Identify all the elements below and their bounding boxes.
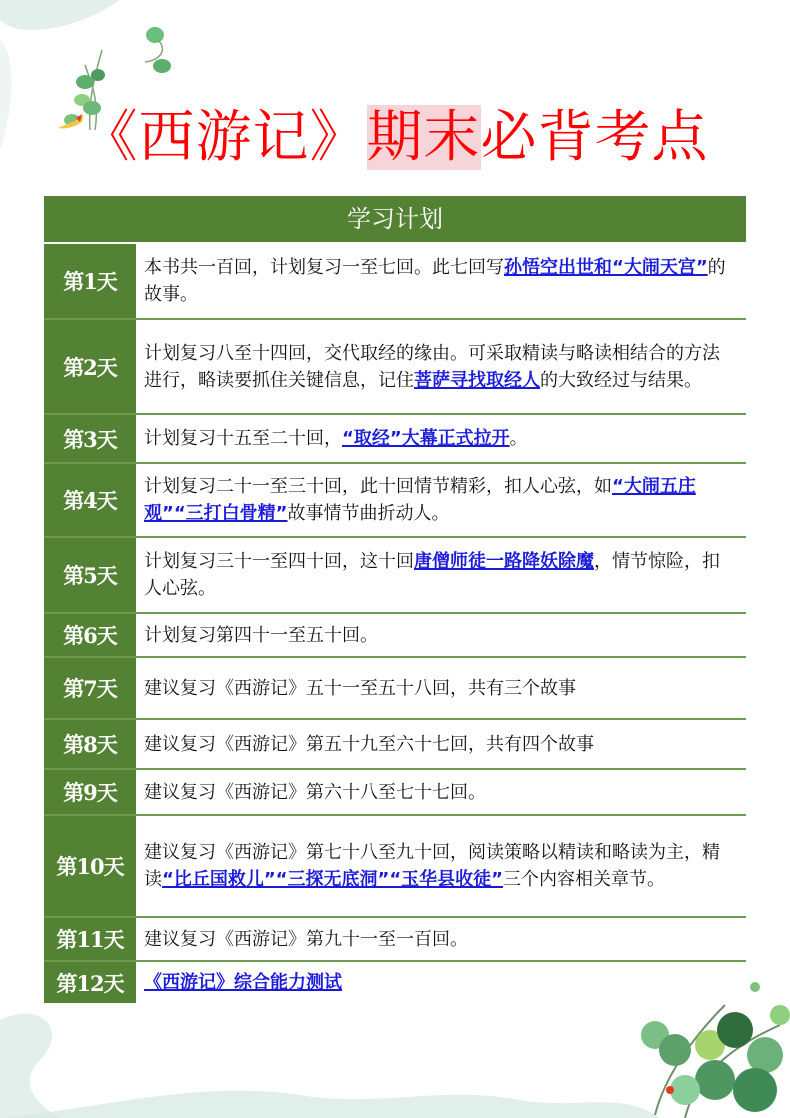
table-body: 第1天本书共一百回，计划复习一至七回。此七回写孙悟空出世和“大闹天宫”的故事。第… [44, 244, 746, 1003]
table-row: 第1天本书共一百回，计划复习一至七回。此七回写孙悟空出世和“大闹天宫”的故事。 [44, 244, 746, 320]
plan-text: 计划复习二十一至三十回，此十回情节精彩，扣人心弦，如 [144, 476, 612, 497]
table-row: 第5天计划复习三十一至四十回，这十回唐僧师徒一路降妖除魔，情节惊险，扣人心弦。 [44, 538, 746, 614]
plan-text: 建议复习《西游记》五十一至五十八回，共有三个故事 [144, 678, 576, 699]
plan-text: 建议复习《西游记》第五十九至六十七回，共有四个故事 [144, 734, 594, 755]
table-row: 第9天建议复习《西游记》第六十八至七十七回。 [44, 770, 746, 816]
day-content: 建议复习《西游记》第五十九至六十七回，共有四个故事 [136, 720, 746, 768]
table-row: 第12天《西游记》综合能力测试 [44, 962, 746, 1003]
table-row: 第7天建议复习《西游记》五十一至五十八回，共有三个故事 [44, 658, 746, 720]
day-label: 第9天 [44, 770, 136, 814]
day-content: 计划复习第四十一至五十回。 [136, 614, 746, 656]
watercolor-background-bottom [0, 990, 790, 1118]
day-label: 第8天 [44, 720, 136, 768]
key-point-link[interactable]: “取经”大幕正式拉开 [342, 428, 510, 449]
day-content: 建议复习《西游记》第六十八至七十七回。 [136, 770, 746, 814]
day-label: 第4天 [44, 464, 136, 536]
title-highlight: 期末 [367, 105, 481, 170]
day-label: 第7天 [44, 658, 136, 718]
day-label: 第2天 [44, 320, 136, 413]
title-part-2: 必背考点 [481, 105, 709, 170]
plan-text: 计划复习十五至二十回， [144, 428, 342, 449]
page-title: 《西游记》期末必背考点 [0, 96, 790, 180]
day-label: 第10天 [44, 816, 136, 916]
table-row: 第2天计划复习八至十四回，交代取经的缘由。可采取精读与略读相结合的方法进行，略读… [44, 320, 746, 415]
plan-text: 三个内容相关章节。 [503, 869, 665, 890]
plan-text: 计划复习第四十一至五十回。 [144, 625, 378, 646]
day-label: 第12天 [44, 962, 136, 1003]
plan-text: 建议复习《西游记》第九十一至一百回。 [144, 929, 468, 950]
table-row: 第11天建议复习《西游记》第九十一至一百回。 [44, 918, 746, 962]
table-row: 第4天计划复习二十一至三十回，此十回情节精彩，扣人心弦，如“大闹五庄观”“三打白… [44, 464, 746, 538]
day-content: 计划复习二十一至三十回，此十回情节精彩，扣人心弦，如“大闹五庄观”“三打白骨精”… [136, 464, 746, 536]
key-point-link[interactable]: 孙悟空出世和“大闹天宫” [504, 257, 708, 278]
plan-text: 。 [510, 428, 528, 449]
key-point-link[interactable]: “比丘国救儿”“三探无底洞”“玉华县收徒” [162, 869, 503, 890]
day-content: 建议复习《西游记》第七十八至九十回，阅读策略以精读和略读为主，精读“比丘国救儿”… [136, 816, 746, 916]
plan-text: 计划复习三十一至四十回，这十回 [144, 551, 414, 572]
key-point-link[interactable]: 《西游记》综合能力测试 [144, 972, 342, 993]
day-content: 建议复习《西游记》第九十一至一百回。 [136, 918, 746, 960]
table-row: 第8天建议复习《西游记》第五十九至六十七回，共有四个故事 [44, 720, 746, 770]
plan-text: 本书共一百回，计划复习一至七回。此七回写 [144, 257, 504, 278]
day-content: 计划复习三十一至四十回，这十回唐僧师徒一路降妖除魔，情节惊险，扣人心弦。 [136, 538, 746, 612]
day-label: 第11天 [44, 918, 136, 960]
plan-text: 建议复习《西游记》第六十八至七十七回。 [144, 782, 486, 803]
key-point-link[interactable]: 菩萨寻找取经人 [414, 370, 540, 391]
day-label: 第5天 [44, 538, 136, 612]
day-content: 本书共一百回，计划复习一至七回。此七回写孙悟空出世和“大闹天宫”的故事。 [136, 244, 746, 318]
day-label: 第1天 [44, 244, 136, 318]
day-content: 计划复习十五至二十回，“取经”大幕正式拉开。 [136, 415, 746, 462]
day-label: 第6天 [44, 614, 136, 656]
day-content: 计划复习八至十四回，交代取经的缘由。可采取精读与略读相结合的方法进行，略读要抓住… [136, 320, 746, 413]
title-part-1: 《西游记》 [82, 105, 367, 170]
day-label: 第3天 [44, 415, 136, 462]
plan-text: 故事情节曲折动人。 [288, 503, 450, 524]
table-row: 第10天建议复习《西游记》第七十八至九十回，阅读策略以精读和略读为主，精读“比丘… [44, 816, 746, 918]
key-point-link[interactable]: 唐僧师徒一路降妖除魔 [414, 551, 594, 572]
day-content: 《西游记》综合能力测试 [136, 962, 746, 1003]
plan-text: 的大致经过与结果。 [540, 370, 702, 391]
day-content: 建议复习《西游记》五十一至五十八回，共有三个故事 [136, 658, 746, 718]
table-row: 第6天计划复习第四十一至五十回。 [44, 614, 746, 658]
table-row: 第3天计划复习十五至二十回，“取经”大幕正式拉开。 [44, 415, 746, 464]
table-header: 学习计划 [44, 196, 746, 242]
study-plan-table: 学习计划 第1天本书共一百回，计划复习一至七回。此七回写孙悟空出世和“大闹天宫”… [44, 196, 746, 1003]
